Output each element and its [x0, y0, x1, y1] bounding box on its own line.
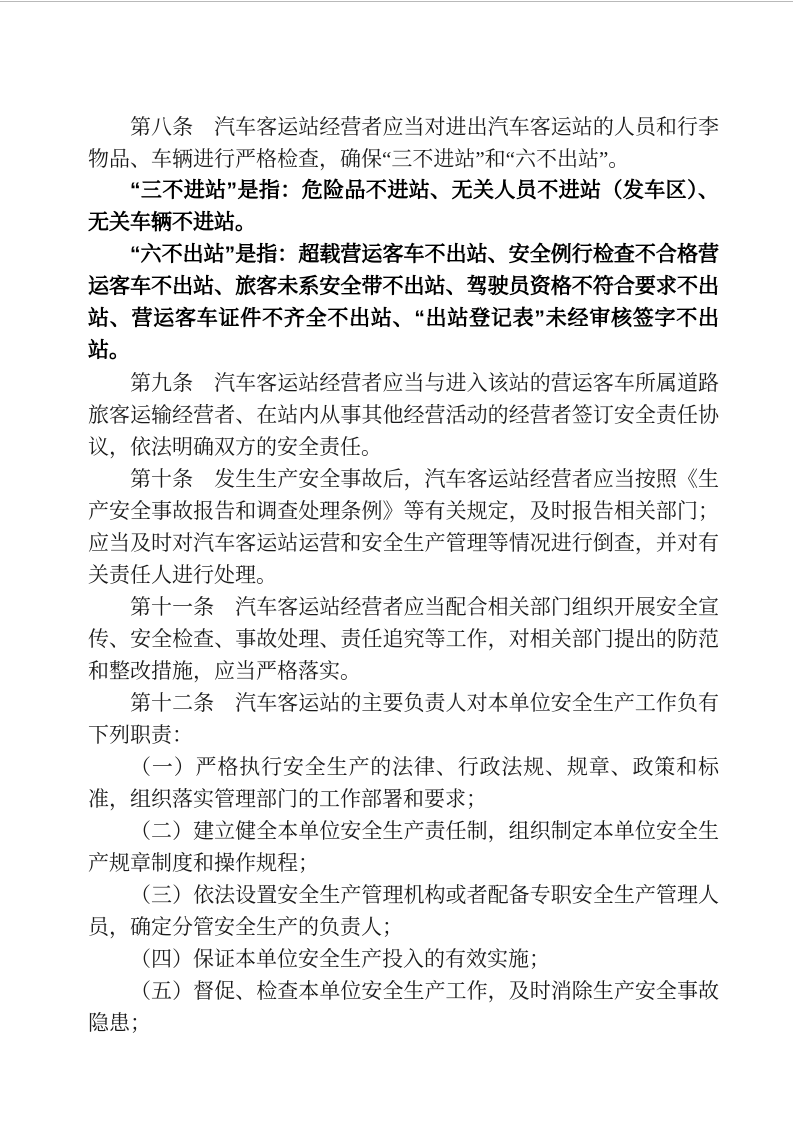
- paragraph-article-12: 第十二条 汽车客运站的主要负责人对本单位安全生产工作负有下列职责：: [88, 687, 719, 751]
- paragraph-article-12-item-5: （五）督促、检查本单位安全生产工作，及时消除生产安全事故隐患；: [88, 975, 719, 1039]
- paragraph-six-no-exit: “六不出站”是指：超载营运客车不出站、安全例行检查不合格营运客车不出站、旅客未系…: [88, 239, 719, 367]
- paragraph-article-9: 第九条 汽车客运站经营者应当与进入该站的营运客车所属道路旅客运输经营者、在站内从…: [88, 367, 719, 463]
- page-top-edge-line: [0, 1, 793, 2]
- paragraph-article-12-item-3: （三）依法设置安全生产管理机构或者配备专职安全生产管理人员，确定分管安全生产的负…: [88, 879, 719, 943]
- paragraph-article-10: 第十条 发生生产安全事故后，汽车客运站经营者应当按照《生产安全事故报告和调查处理…: [88, 463, 719, 591]
- paragraph-article-12-item-2: （二）建立健全本单位安全生产责任制，组织制定本单位安全生产规章制度和操作规程；: [88, 815, 719, 879]
- paragraph-article-12-item-1: （一）严格执行安全生产的法律、行政法规、规章、政策和标准，组织落实管理部门的工作…: [88, 751, 719, 815]
- paragraph-article-8: 第八条 汽车客运站经营者应当对进出汽车客运站的人员和行李物品、车辆进行严格检查，…: [88, 111, 719, 175]
- paragraph-article-12-item-4: （四）保证本单位安全生产投入的有效实施；: [88, 943, 719, 975]
- document-page: 第八条 汽车客运站经营者应当对进出汽车客运站的人员和行李物品、车辆进行严格检查，…: [0, 0, 793, 1122]
- document-body: 第八条 汽车客运站经营者应当对进出汽车客运站的人员和行李物品、车辆进行严格检查，…: [88, 111, 719, 1039]
- paragraph-article-11: 第十一条 汽车客运站经营者应当配合相关部门组织开展安全宣传、安全检查、事故处理、…: [88, 591, 719, 687]
- paragraph-three-no-entry: “三不进站”是指：危险品不进站、无关人员不进站（发车区）、无关车辆不进站。: [88, 175, 719, 239]
